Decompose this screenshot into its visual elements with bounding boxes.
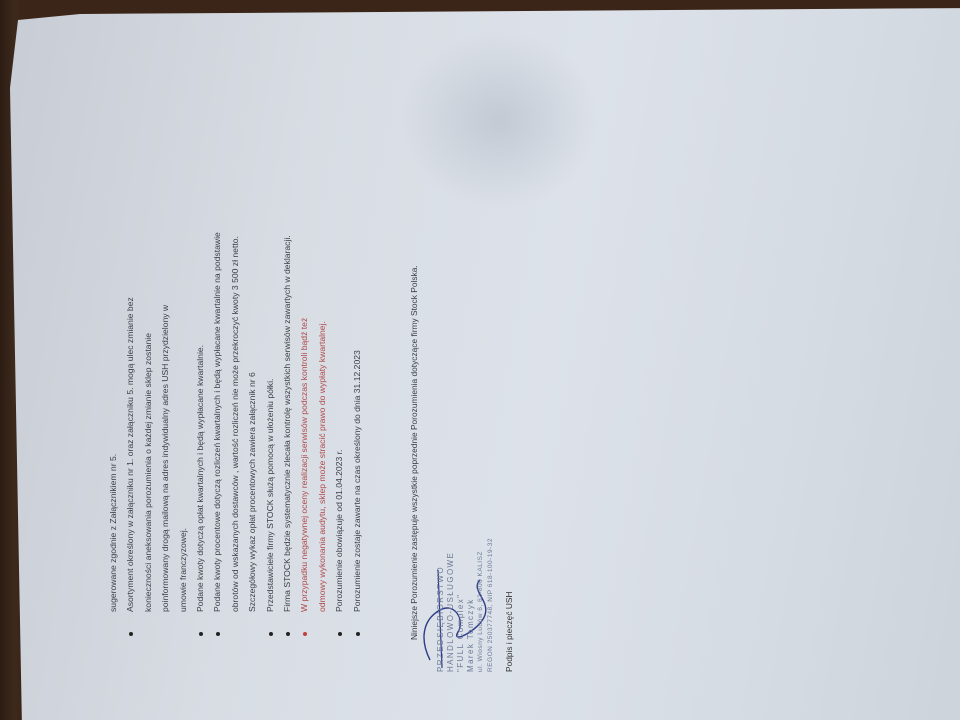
list-item-text: Porozumienie obowiązuje od 01.04.2023 r.	[334, 450, 344, 612]
document-body: sugerowane zgodnie z Załącznikiem nr 5.A…	[105, 100, 424, 640]
bullet-icon	[216, 632, 220, 636]
company-stamp: PRZEDSIĘBIORSTWO HANDLOWO-USŁUGOWE "FULL…	[436, 482, 514, 672]
list-item: Podane kwoty dotyczą opłat kwartalnych i…	[192, 100, 209, 640]
stamp-line: HANDLOWO-USŁUGOWE	[446, 482, 456, 672]
list-item-text: W przypadku negatywnej oceny realizacji …	[299, 318, 309, 612]
list-item-text: Asortyment określony w załączniku nr 1. …	[125, 297, 135, 612]
list-item: Firma STOCK będzie systematycznie zlecał…	[279, 100, 296, 640]
list-item-text: odmowy wykonania audytu, sklep może stra…	[317, 321, 327, 612]
bullet-icon	[129, 632, 133, 636]
list-item: Porozumienie zostaje zawarte na czas okr…	[349, 100, 366, 640]
bullet-icon	[199, 632, 203, 636]
list-item: poinformowany drogą mailową na adres ind…	[157, 100, 174, 640]
signature-label: Podpis i pieczęć USH	[504, 482, 514, 672]
list-item-text: Szczegółowy wykaz opłat procentowych zaw…	[247, 372, 257, 612]
stamp-line: Marek Tomczyk	[466, 482, 476, 672]
list-item-text: Porozumienie zostaje zawarte na czas okr…	[352, 350, 362, 612]
terms-list: sugerowane zgodnie z Załącznikiem nr 5.A…	[105, 100, 366, 640]
list-item: Asortyment określony w załączniku nr 1. …	[122, 100, 139, 640]
stamp-line: PRZEDSIĘBIORSTWO	[436, 482, 446, 672]
paper-shadow	[400, 30, 600, 210]
list-item: sugerowane zgodnie z Załącznikiem nr 5.	[105, 100, 122, 640]
bullet-icon	[286, 632, 290, 636]
list-item: konieczności aneksowania porozumienia o …	[140, 100, 157, 640]
list-item: Podane kwoty procentowe dotyczą rozlicze…	[209, 100, 226, 640]
bullet-icon	[269, 632, 273, 636]
list-item-text: Przedstawiciele firmy STOCK służą pomocą…	[265, 379, 275, 612]
bullet-icon	[338, 632, 342, 636]
stamp-line: "FULL Complex"	[456, 482, 466, 672]
list-item: odmowy wykonania audytu, sklep może stra…	[314, 100, 331, 640]
closing-statement: Niniejsze Porozumienie zastępuje wszystk…	[406, 100, 423, 640]
list-item-text: Firma STOCK będzie systematycznie zlecał…	[282, 235, 292, 612]
list-item: Porozumienie obowiązuje od 01.04.2023 r.	[331, 100, 348, 640]
list-item: W przypadku negatywnej oceny realizacji …	[296, 100, 313, 640]
bullet-icon	[303, 632, 307, 636]
list-item-text: konieczności aneksowania porozumienia o …	[143, 333, 153, 612]
bullet-icon	[356, 632, 360, 636]
list-item-text: umowie franczyzowej.	[178, 528, 188, 612]
list-item-text: sugerowane zgodnie z Załącznikiem nr 5.	[108, 454, 118, 612]
list-item: Szczegółowy wykaz opłat procentowych zaw…	[244, 100, 261, 640]
list-item-text: poinformowany drogą mailową na adres ind…	[160, 305, 170, 612]
list-item-text: Podane kwoty dotyczą opłat kwartalnych i…	[195, 345, 205, 612]
stamp-line: ul. Wiosny Ludów 6, 62-800 KALISZ	[476, 482, 486, 672]
list-item: obrotów od wskazanych dostawców , wartoś…	[227, 100, 244, 640]
list-item: umowie franczyzowej.	[175, 100, 192, 640]
list-item: Przedstawiciele firmy STOCK służą pomocą…	[262, 100, 279, 640]
list-item-text: obrotów od wskazanych dostawców , wartoś…	[230, 236, 240, 612]
list-item-text: Podane kwoty procentowe dotyczą rozlicze…	[212, 232, 222, 612]
stamp-line: REGON 250377748, NIP 618-100-19-32	[486, 482, 496, 672]
